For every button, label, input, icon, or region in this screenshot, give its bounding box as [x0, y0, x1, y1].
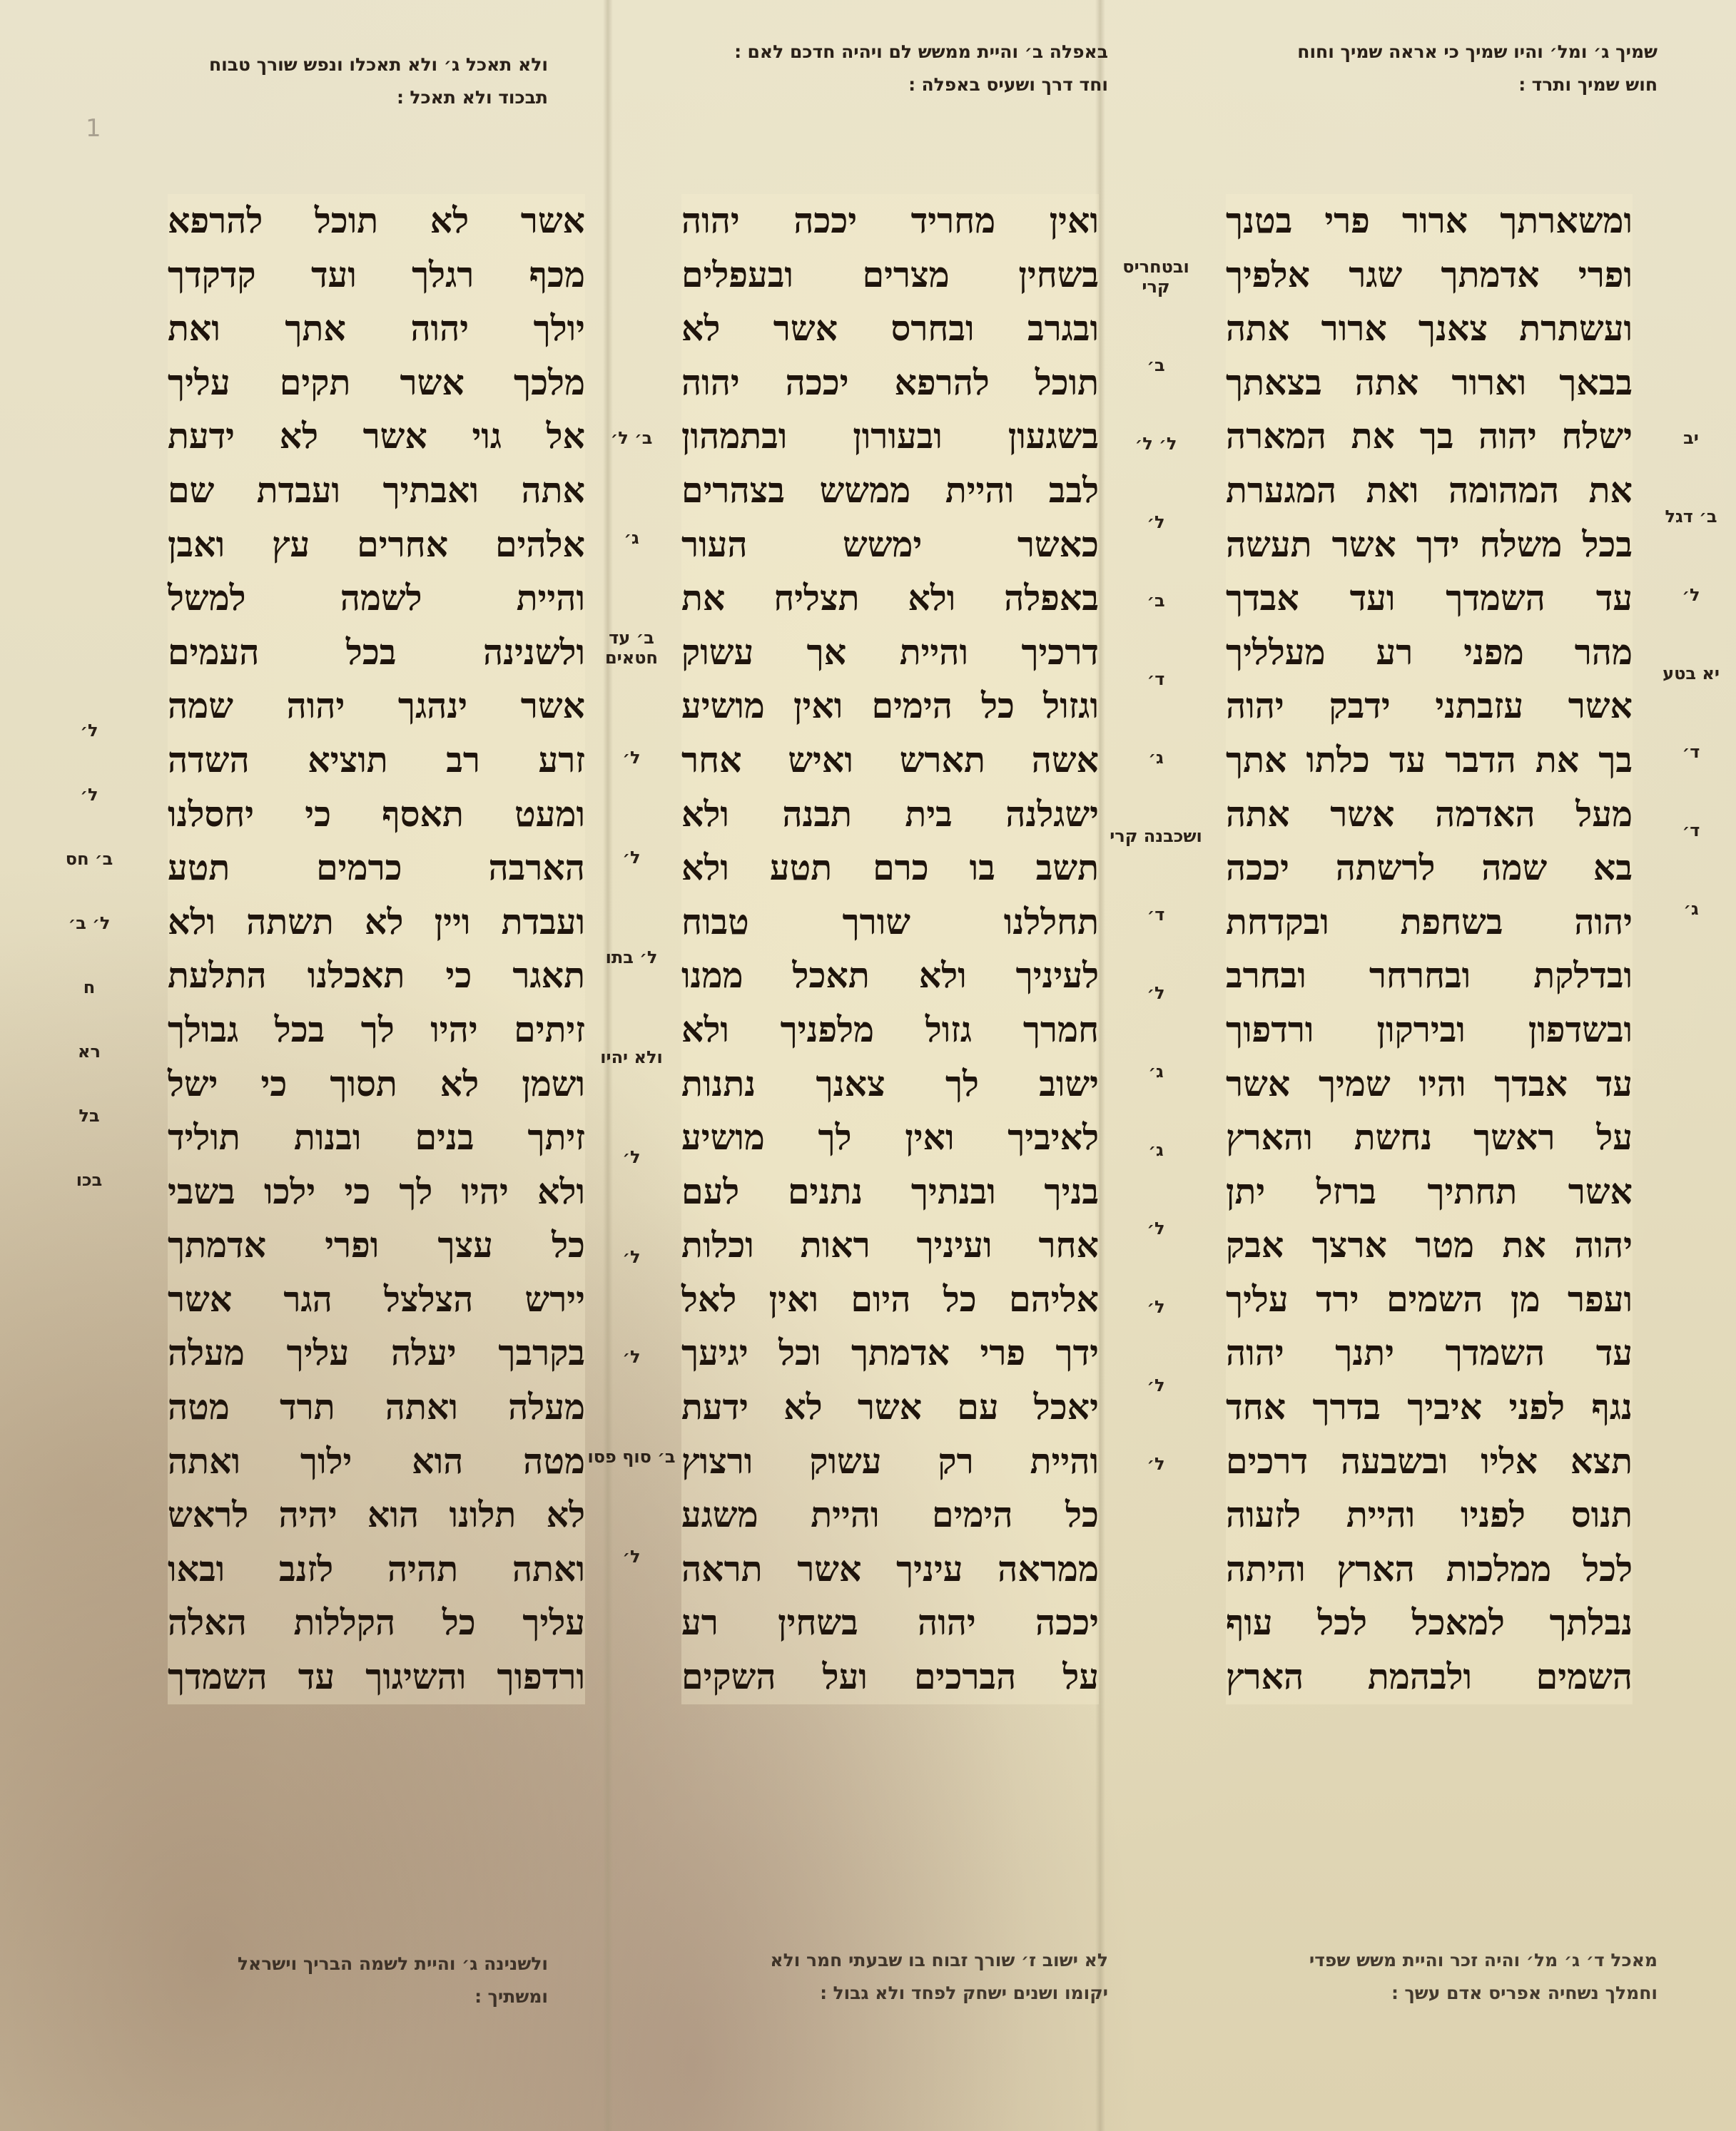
- masorah-parva-note: ל׳: [1106, 1454, 1206, 1474]
- masorah-parva-note: ל׳: [1106, 512, 1206, 532]
- masorah-parva-note: ג׳: [1106, 1140, 1206, 1160]
- masorah-parva-note: ד׳: [1106, 669, 1206, 689]
- text-line: בקרבך יעלה עליך מעלה: [168, 1326, 585, 1380]
- masorah-parva-between-right-middle: ובטחריס קריב׳ל׳ ל׳ל׳ב׳ד׳ג׳ושכבנה קריד׳ל׳…: [1106, 257, 1206, 1532]
- masorah-line: וחד דרך ושעיס באפלה ׃: [609, 68, 1108, 101]
- text-line: לעיניך ולא תאכל ממנו: [681, 949, 1099, 1003]
- text-line: אשר תחתיך ברזל יתן: [1226, 1165, 1633, 1219]
- masorah-parva-note: ל׳: [585, 848, 678, 868]
- masorah-parva-note: ל׳ ב׳: [50, 913, 128, 933]
- text-line: עד אבדך והיו שמיך אשר: [1226, 1057, 1633, 1112]
- text-line: ומעט תאסף כי יחסלנו: [168, 788, 585, 842]
- text-line: אשר לא תוכל להרפא: [168, 194, 585, 248]
- masorah-parva-note: ל׳: [50, 785, 128, 805]
- masorah-parva-note: ד׳: [1659, 820, 1723, 840]
- masorah-parva-note: ל׳: [585, 1247, 678, 1267]
- text-line: הארבה כרמים תטע: [168, 841, 585, 895]
- text-line: ידך פרי אדמתך וכל יגיעך: [681, 1326, 1099, 1380]
- masorah-parva-note: ג׳: [1106, 1062, 1206, 1082]
- masorah-parva-note: ג׳: [585, 528, 678, 548]
- masorah-parva-left-outer: ל׳ל׳ב׳ חסל׳ ב׳חראבלבכו: [50, 721, 128, 1234]
- text-line: אשר עזבתני ידבק יהוה: [1226, 679, 1633, 733]
- text-line: השמים ולבהמת הארץ: [1226, 1650, 1633, 1704]
- text-line: את המהומה ואת המגערת: [1226, 464, 1633, 518]
- masorah-line: וחמלך נשחיה אפריס אדם עשך ׃: [1115, 1977, 1658, 2010]
- text-line: אתה ואבתיך ועבדת שם: [168, 464, 585, 518]
- text-line: בבאך וארור אתה בצאתך: [1226, 356, 1633, 410]
- text-line: ועבדת ויין לא תשתה ולא: [168, 895, 585, 950]
- text-column-right: ומשארתך ארור פרי בטנךופרי אדמתך שגר אלפי…: [1226, 194, 1633, 1704]
- masorah-parva-right-outer: יבב׳ דגלל׳יא בטעד׳ד׳ג׳: [1659, 428, 1723, 977]
- masorah-line: שמיך ג׳ ומל׳ והיו שמיך כי אראה שמיך וחוח: [1115, 36, 1658, 68]
- text-line: זיתים יהיו לך בכל גבולך: [168, 1003, 585, 1057]
- masorah-line: יקומו ושנים ישחק לפחד ולא גבול ׃: [609, 1977, 1108, 2010]
- text-line: ישלח יהוה בך את המארה: [1226, 410, 1633, 464]
- text-line: כל עצך ופרי אדמתך: [168, 1219, 585, 1273]
- text-line: בניך ובנתיך נתנים לעם: [681, 1165, 1099, 1219]
- masorah-magna-bottom-left: ולשנינה ג׳ והיית לשמה הבריך וישראל ומשתי…: [120, 1948, 548, 2013]
- text-line: בשגעון ובעורון ובתמהון: [681, 410, 1099, 464]
- text-line: אליהם כל היום ואין לאל: [681, 1273, 1099, 1327]
- text-line: וגזול כל הימים ואין מושיע: [681, 679, 1099, 733]
- masorah-parva-note: ב׳ חס: [50, 849, 128, 869]
- masorah-parva-note: ל׳: [1106, 1297, 1206, 1317]
- text-line: על הברכים ועל השקים: [681, 1650, 1099, 1704]
- masorah-parva-note: ל׳: [1106, 1219, 1206, 1239]
- masorah-parva-note: ד׳: [1659, 742, 1723, 762]
- masorah-parva-note: ל׳: [585, 1147, 678, 1167]
- masorah-parva-note: ל׳: [585, 1547, 678, 1567]
- masorah-parva-note: ב׳ דגל: [1659, 507, 1723, 527]
- masorah-line: באפלה ב׳ והיית ממשש לם ויהיה חדכם לאם ׃: [609, 36, 1108, 68]
- text-line: יאכל עם אשר לא ידעת: [681, 1380, 1099, 1435]
- text-line: כל הימים והיית משגע: [681, 1488, 1099, 1542]
- text-line: ישוב לך צאנך נתנות: [681, 1057, 1099, 1112]
- text-line: ואין מחריד יככה יהוה: [681, 194, 1099, 248]
- text-line: זרע רב תוציא השדה: [168, 733, 585, 788]
- text-line: יהוה את מטר ארצך אבק: [1226, 1219, 1633, 1273]
- text-line: אשה תארש ואיש אחר: [681, 733, 1099, 788]
- text-line: לא תלונו הוא יהיה לראש: [168, 1488, 585, 1542]
- masorah-parva-note: ל׳: [50, 721, 128, 741]
- text-line: חמרך גזול מלפניך ולא: [681, 1003, 1099, 1057]
- text-line: כאשר ימשש העור: [681, 518, 1099, 572]
- text-line: בא שמה לרשתה יככה: [1226, 841, 1633, 895]
- masorah-parva-between-middle-left: ב׳ ל׳ג׳ב׳ עד חטאיםל׳ל׳ל׳ בתוולא יהיול׳ל׳…: [585, 428, 678, 1647]
- masorah-parva-note: יב: [1659, 428, 1723, 448]
- text-line: יולך יהוה אתך ואת: [168, 302, 585, 356]
- text-line: אשר ינהגך יהוה שמה: [168, 679, 585, 733]
- masorah-parva-note: ל׳ בתו: [585, 947, 678, 967]
- masorah-parva-note: ב׳: [1106, 355, 1206, 375]
- text-line: באפלה ולא תצליח את: [681, 571, 1099, 626]
- text-line: על ראשך נחשת והארץ: [1226, 1111, 1633, 1165]
- text-line: ממראה עיניך אשר תראה: [681, 1542, 1099, 1597]
- text-line: ומשארתך ארור פרי בטנך: [1226, 194, 1633, 248]
- text-line: תאגר כי תאכלנו התלעת: [168, 949, 585, 1003]
- masorah-parva-note: בל: [50, 1106, 128, 1126]
- text-line: ואתה תהיה לזנב ובאו: [168, 1542, 585, 1597]
- masorah-magna-bottom-right: מאכל ד׳ ג׳ מל׳ והיה זכר והיית משש שפדי ו…: [1115, 1944, 1658, 2010]
- text-line: מעל האדמה אשר אתה: [1226, 788, 1633, 842]
- text-line: נבלתך למאכל לכל עוף: [1226, 1596, 1633, 1650]
- masorah-parva-note: ל׳: [585, 748, 678, 768]
- text-line: תוכל להרפא יככה יהוה: [681, 356, 1099, 410]
- masorah-magna-top-right: שמיך ג׳ ומל׳ והיו שמיך כי אראה שמיך וחוח…: [1115, 36, 1658, 101]
- masorah-parva-note: ב׳: [1106, 591, 1206, 611]
- folio-mark: 1: [86, 114, 101, 143]
- text-line: מהר מפני רע מעלליך: [1226, 626, 1633, 680]
- masorah-parva-note: ד׳: [1106, 905, 1206, 925]
- masorah-line: ומשתיך ׃: [120, 1980, 548, 2013]
- text-line: מכף רגלך ועד קדקדך: [168, 248, 585, 302]
- text-line: והיית רק עשוק ורצוץ: [681, 1435, 1099, 1489]
- masorah-parva-note: ל׳ ל׳: [1106, 434, 1206, 454]
- text-line: אלהים אחרים עץ ואבן: [168, 518, 585, 572]
- masorah-line: מאכל ד׳ ג׳ מל׳ והיה זכר והיית משש שפדי: [1115, 1944, 1658, 1977]
- text-line: ורדפוך והשיגוך עד השמדך: [168, 1650, 585, 1704]
- masorah-line: ולשנינה ג׳ והיית לשמה הבריך וישראל: [120, 1948, 548, 1980]
- masorah-parva-note: ח: [50, 977, 128, 997]
- masorah-parva-note: ב׳ עד חטאים: [585, 628, 678, 668]
- text-line: ישגלנה בית תבנה ולא: [681, 788, 1099, 842]
- text-line: יככה יהוה בשחין רע: [681, 1596, 1099, 1650]
- text-line: ועשתרת צאנך ארור אתה: [1226, 302, 1633, 356]
- text-column-middle: ואין מחריד יככה יהוהבשחין מצרים ובעפליםו…: [681, 194, 1099, 1704]
- text-line: ובגרב ובחרס אשר לא: [681, 302, 1099, 356]
- text-line: בך את הדבר עד כלתו אתך: [1226, 733, 1633, 788]
- masorah-line: תבכוד ולא תאכל ׃: [106, 81, 548, 114]
- text-line: ובשדפון ובירקון ורדפוך: [1226, 1003, 1633, 1057]
- text-line: ובדלקת ובחרחר ובחרב: [1226, 949, 1633, 1003]
- masorah-magna-top-middle: באפלה ב׳ והיית ממשש לם ויהיה חדכם לאם ׃ …: [609, 36, 1108, 101]
- text-line: בשחין מצרים ובעפלים: [681, 248, 1099, 302]
- text-line: והיית לשמה למשל: [168, 571, 585, 626]
- masorah-parva-note: ג׳: [1106, 748, 1206, 768]
- masorah-parva-note: ובטחריס קרי: [1106, 257, 1206, 297]
- text-line: מטה הוא ילוך ואתה: [168, 1435, 585, 1489]
- masorah-line: ולא תאכל ג׳ ולא תאכלו ונפש שורך טבוח: [106, 49, 548, 81]
- masorah-parva-note: רא: [50, 1042, 128, 1062]
- masorah-parva-note: ל׳: [585, 1347, 678, 1367]
- text-line: זיתך בנים ובנות תוליד: [168, 1111, 585, 1165]
- text-line: ושמן לא תסוך כי ישל: [168, 1057, 585, 1112]
- masorah-magna-bottom-middle: לא ישוב ז׳ שורך זבוח בו שבעתי חמר ולא יק…: [609, 1944, 1108, 2010]
- masorah-parva-note: ל׳: [1106, 983, 1206, 1003]
- text-line: מלכך אשר תקים עליך: [168, 356, 585, 410]
- masorah-parva-note: ג׳: [1659, 899, 1723, 919]
- masorah-parva-note: בכו: [50, 1170, 128, 1190]
- text-line: תחללנו שורך טבוח: [681, 895, 1099, 950]
- text-line: לאיביך ואין לך מושיע: [681, 1111, 1099, 1165]
- masorah-parva-note: ל׳: [1659, 585, 1723, 605]
- text-line: בכל משלח ידך אשר תעשה: [1226, 518, 1633, 572]
- text-column-left: אשר לא תוכל להרפאמכף רגלך ועד קדקדךיולך …: [168, 194, 585, 1704]
- text-line: דרכיך והיית אך עשוק: [681, 626, 1099, 680]
- masorah-parva-note: ב׳ סוף פסו: [585, 1447, 678, 1467]
- text-line: נגף לפני איביך בדרך אחד: [1226, 1380, 1633, 1435]
- text-line: לכל ממלכות הארץ והיתה: [1226, 1542, 1633, 1597]
- text-line: ועפר מן השמים ירד עליך: [1226, 1273, 1633, 1327]
- text-line: יהוה בשחפת ובקדחת: [1226, 895, 1633, 950]
- masorah-line: חוש שמיך ותרד ׃: [1115, 68, 1658, 101]
- text-line: ולא יהיו לך כי ילכו בשבי: [168, 1165, 585, 1219]
- text-line: מעלה ואתה תרד מטה: [168, 1380, 585, 1435]
- masorah-parva-note: ב׳ ל׳: [585, 428, 678, 448]
- text-line: יירש הצלצל הגר אשר: [168, 1273, 585, 1327]
- text-line: תצא אליו ובשבעה דרכים: [1226, 1435, 1633, 1489]
- text-line: לבב והיית ממשש בצהרים: [681, 464, 1099, 518]
- text-line: עד השמדך ועד אבדך: [1226, 571, 1633, 626]
- text-line: אל גוי אשר לא ידעת: [168, 410, 585, 464]
- text-line: עליך כל הקללות האלה: [168, 1596, 585, 1650]
- masorah-parva-note: יא בטע: [1659, 663, 1723, 683]
- text-line: ולשנינה בכל העמים: [168, 626, 585, 680]
- text-line: אחר ועיניך ראות וכלות: [681, 1219, 1099, 1273]
- text-line: עד השמדך יתנך יהוה: [1226, 1326, 1633, 1380]
- text-line: תנוס לפניו והיית לזעוה: [1226, 1488, 1633, 1542]
- masorah-parva-note: ולא יהיו: [585, 1047, 678, 1067]
- text-line: ופרי אדמתך שגר אלפיך: [1226, 248, 1633, 302]
- masorah-parva-note: ל׳: [1106, 1375, 1206, 1395]
- masorah-magna-top-left: ולא תאכל ג׳ ולא תאכלו ונפש שורך טבוח תבכ…: [106, 49, 548, 114]
- masorah-line: לא ישוב ז׳ שורך זבוח בו שבעתי חמר ולא: [609, 1944, 1108, 1977]
- masorah-parva-note: ושכבנה קרי: [1106, 826, 1206, 846]
- text-line: תשב בו כרם תטע ולא: [681, 841, 1099, 895]
